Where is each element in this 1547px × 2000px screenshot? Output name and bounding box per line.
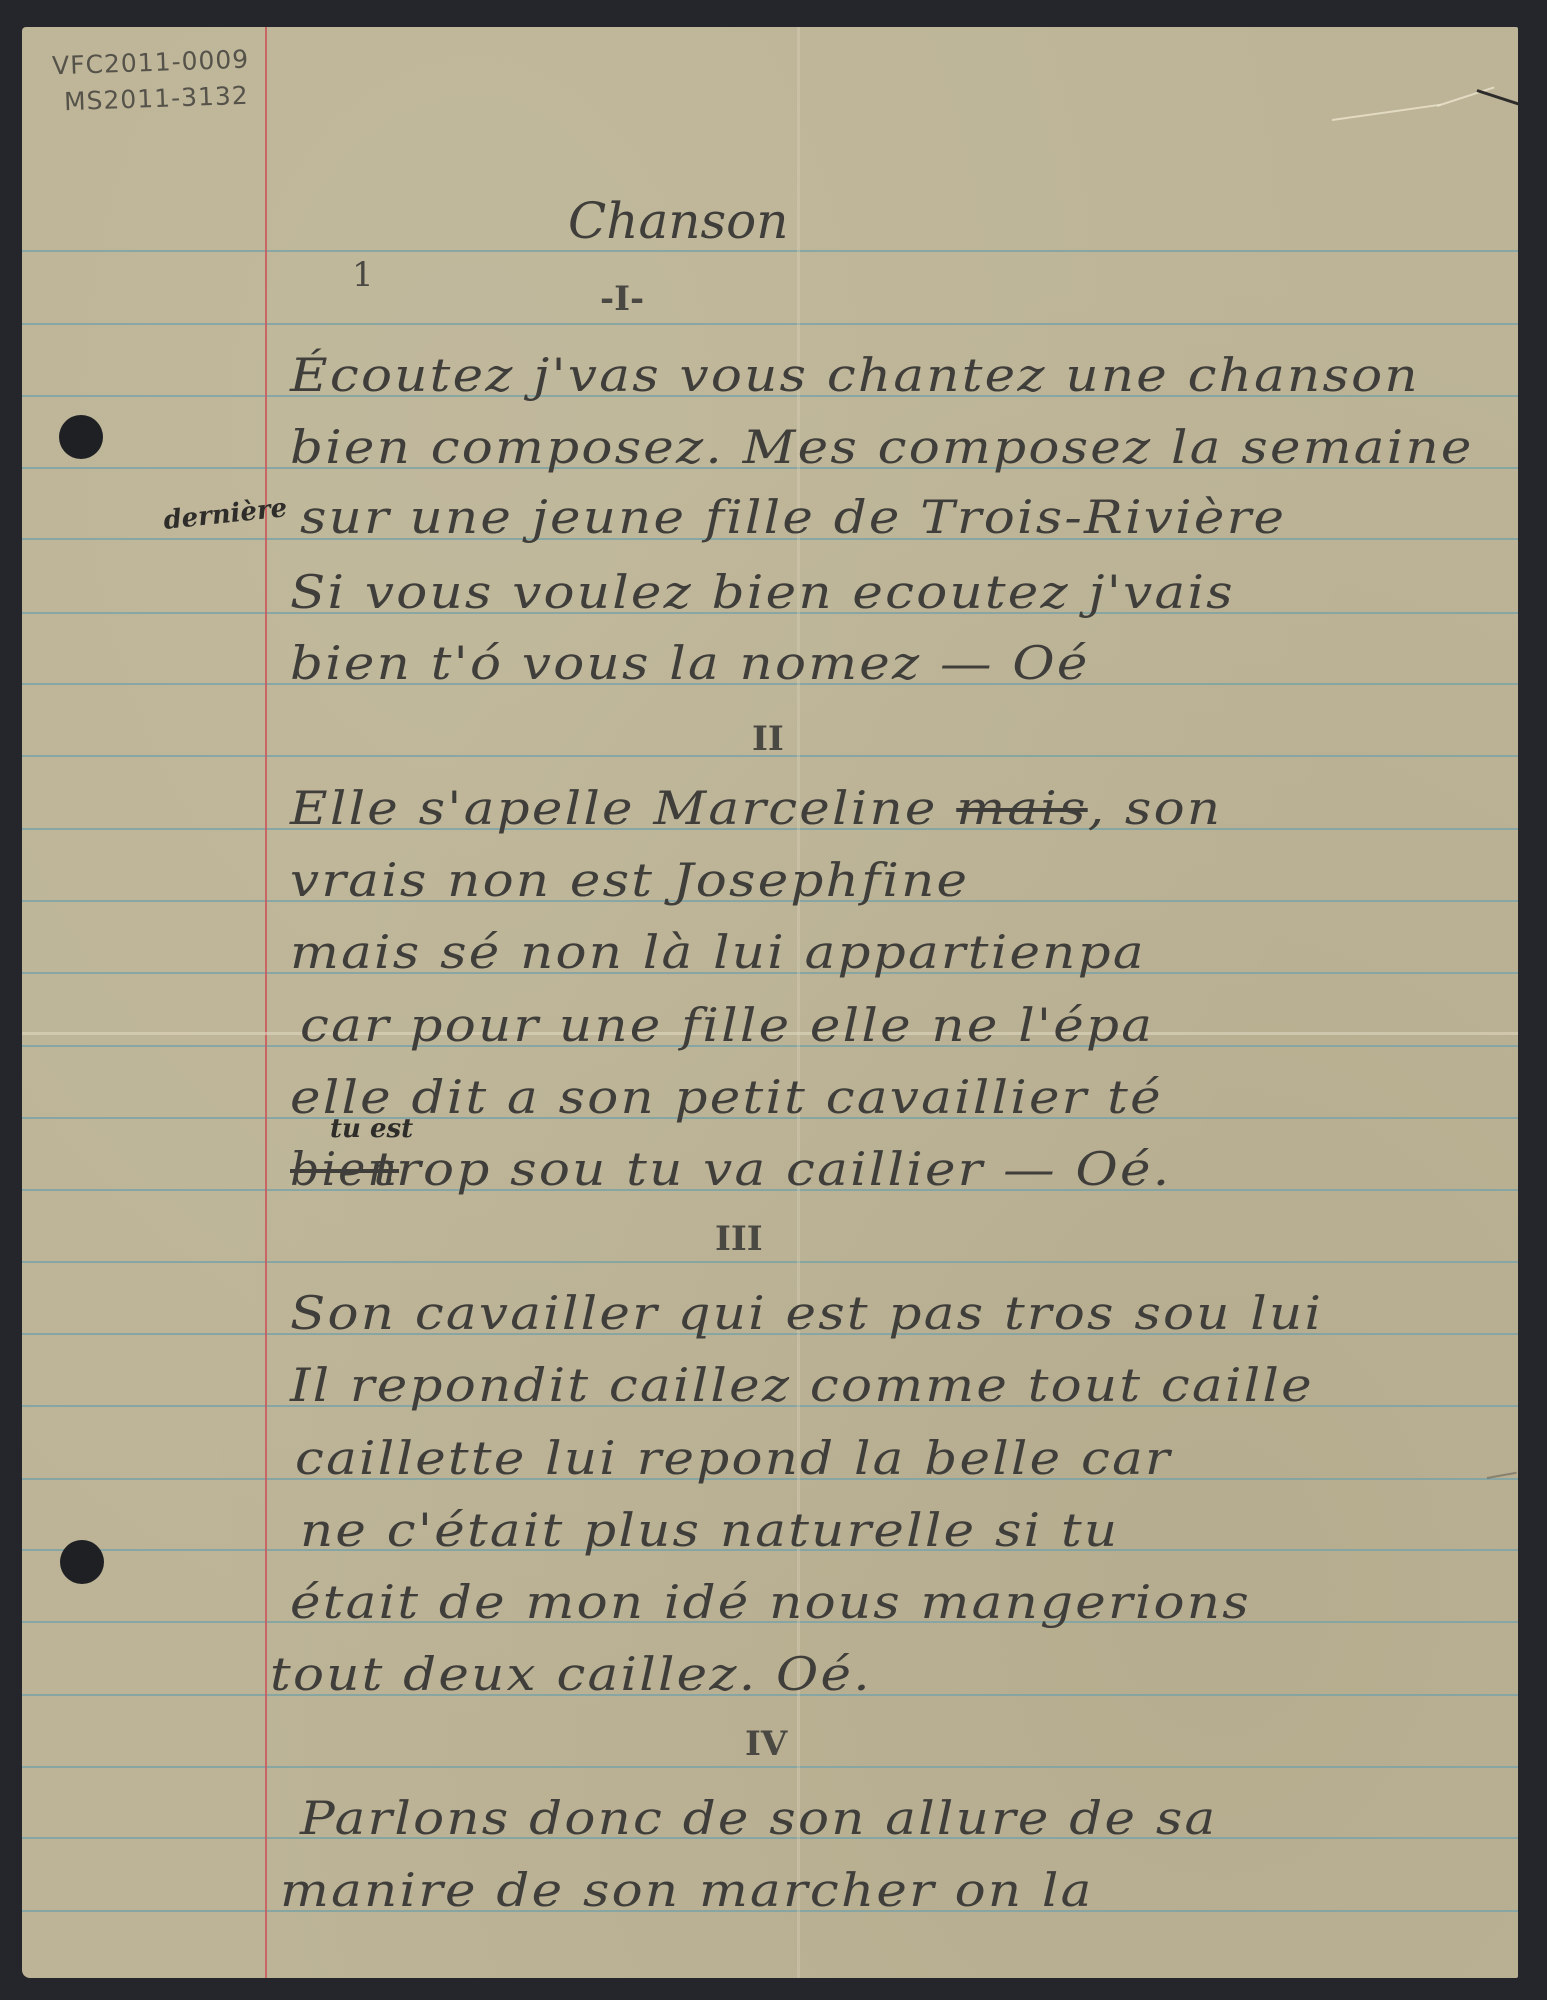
punch-hole	[60, 1540, 104, 1584]
stanza-1-line-4: Si vous voulez bien ecoutez j'vais	[290, 569, 1235, 615]
stanza-2-line-4: car pour une fille elle ne l'épa	[300, 1002, 1154, 1048]
struck-word: mais	[956, 781, 1087, 835]
paper-crack	[1332, 104, 1441, 121]
stanza-3-line-5: était de mon idé nous mangerions	[290, 1579, 1251, 1625]
ruled-line	[22, 323, 1518, 325]
stanza-numeral-3: III	[715, 1222, 763, 1256]
stanza-numeral-2: II	[752, 722, 784, 756]
song-title: Chanson	[568, 196, 788, 246]
stanza-2-line-1: Elle s'apelle Marceline mais, son	[290, 785, 1222, 831]
stanza-2-line-5: elle dit a son petit cavaillier té	[290, 1074, 1163, 1120]
stanza-2-line-6: bien trop sou tu va caillier — Oé.	[290, 1146, 1128, 1192]
stanza-numeral-1: -I-	[600, 282, 644, 316]
stanza-1-line-5: bien t'ó vous la nomez — Oé	[290, 640, 1090, 686]
stanza-1-line-2: bien composez. Mes composez la semaine	[290, 424, 1474, 470]
inserted-words: tu est	[330, 1116, 413, 1142]
stanza-1-line-1: Écoutez j'vas vous chantez une chanson	[290, 352, 1420, 398]
stanza-2-line-3: mais sé non là lui appartienpa	[290, 929, 1146, 975]
stanza-3-line-6: tout deux caillez. Oé.	[270, 1651, 872, 1697]
paper-tear	[1477, 89, 1518, 106]
stanza-4-line-1: Parlons donc de son allure de sa	[300, 1795, 1217, 1841]
stanza-3-line-1: Son cavailler qui est pas tros sou lui	[290, 1290, 1323, 1336]
stanza-3-line-3: caillette lui repond la belle car	[295, 1435, 1172, 1481]
page-number: 1	[352, 258, 374, 292]
punch-hole	[59, 415, 103, 459]
paper-crack	[1437, 87, 1495, 107]
stanza-1-line-3: sur une jeune fille de Trois-Rivière	[300, 494, 1286, 540]
stanza-2-line-1-text: Elle s'apelle Marceline	[290, 781, 938, 835]
margin-line	[265, 27, 267, 1978]
stanza-4-line-2: manire de son marcher on la	[280, 1867, 1094, 1913]
ruled-line	[22, 1261, 1518, 1263]
ruled-line	[22, 1766, 1518, 1768]
stanza-2-line-6-text: trop sou tu va caillier — Oé.	[373, 1146, 1171, 1192]
stanza-2-line-1-tail: , son	[1088, 781, 1223, 835]
stanza-3-line-4: ne c'était plus naturelle si tu	[300, 1507, 1119, 1553]
stanza-3-line-2: Il repondit caillez comme tout caille	[290, 1362, 1314, 1408]
stanza-2-line-2: vrais non est Josephfine	[290, 857, 969, 903]
ruled-line	[22, 250, 1518, 252]
stanza-numeral-4: IV	[745, 1727, 787, 1761]
